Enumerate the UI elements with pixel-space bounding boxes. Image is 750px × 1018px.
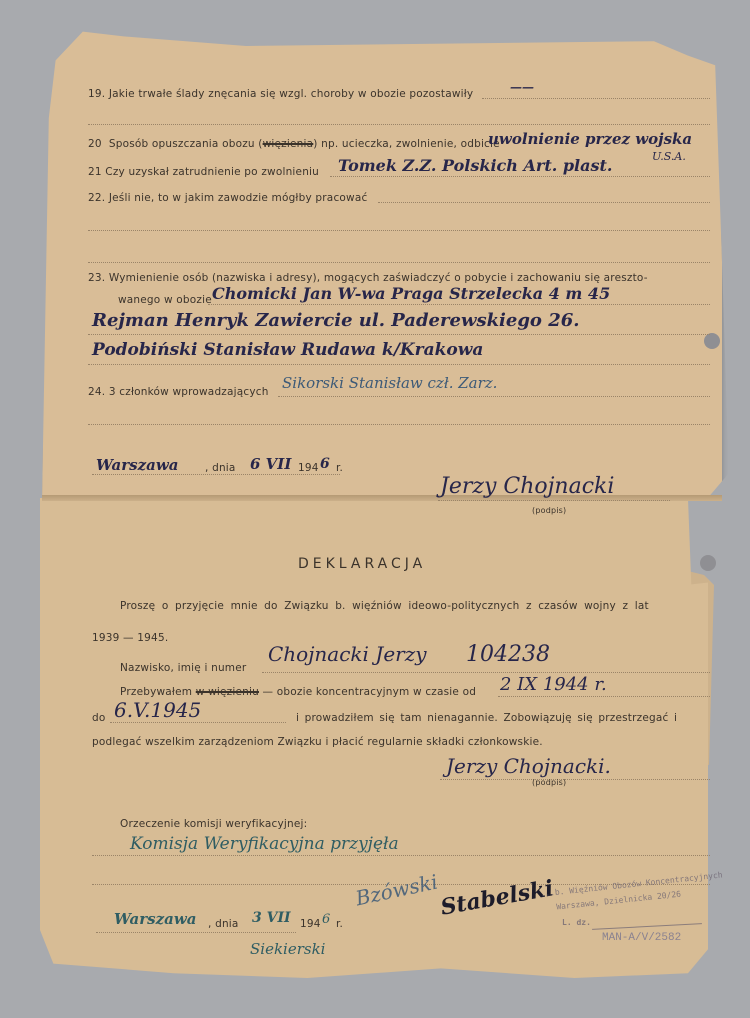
commission-decision: Komisja Weryfikacyjna przyjęła: [130, 834, 399, 854]
prisoner-number: 104238: [466, 642, 550, 667]
name-line: [262, 672, 710, 673]
stay-to-line: [110, 722, 286, 723]
commission-signature-3: Siekierski: [250, 940, 325, 958]
answer-line: [330, 176, 710, 177]
r-label: r.: [336, 462, 343, 474]
date-handwritten: 6 VII: [250, 455, 291, 473]
signature-line: [438, 500, 670, 501]
witness-3: Podobiński Stanisław Rudawa k/Krakowa: [92, 340, 483, 360]
date-line: [92, 474, 340, 475]
name-handwritten: Chojnacki Jerzy: [268, 642, 427, 666]
year-suffix: 6: [320, 456, 330, 472]
bottom-r-label: r.: [336, 918, 343, 930]
question-20-answer-continued: U.S.A.: [652, 150, 686, 163]
punch-hole: [700, 555, 716, 571]
declaration-paragraph-line1: Proszę o przyjęcie mnie do Związku b. wi…: [120, 600, 649, 612]
struck-word: w więzieniu: [196, 686, 259, 698]
bottom-date: 3 VII: [252, 910, 291, 926]
commission-line: [92, 855, 710, 856]
struck-word: więzienia: [263, 138, 314, 150]
bottom-year-prefix: 194: [300, 918, 321, 930]
conduct-text: i prowadziłem się tam nienagannie. Zobow…: [296, 712, 677, 724]
signature-caption: (podpis): [532, 778, 566, 787]
answer-line: [88, 424, 710, 425]
answer-line: [482, 98, 710, 99]
commission-label: Orzeczenie komisji weryfikacyjnej:: [120, 818, 307, 830]
answer-line: [88, 230, 710, 231]
answer-line: [278, 396, 710, 397]
question-24-label: 24. 3 członków wprowadzających: [88, 386, 269, 398]
conduct-text-2: podlegać wszelkim zarządzeniom Związku i…: [92, 736, 543, 748]
question-21-answer: Tomek Z.Z. Polskich Art. plast.: [338, 156, 612, 175]
question-19-answer: ——: [510, 80, 534, 94]
declaration-title: DEKLARACJA: [298, 556, 426, 572]
stay-from-date: 2 IX 1944 r.: [500, 674, 607, 695]
signature-caption: (podpis): [532, 506, 566, 515]
answer-line: [208, 304, 710, 305]
bottom-year-suffix: 6: [322, 912, 330, 927]
signature-top: Jerzy Chojnacki: [440, 474, 614, 499]
question-23-label: 23. Wymienienie osób (nazwiska i adresy)…: [88, 272, 648, 284]
bottom-dnia-label: , dnia: [208, 918, 239, 930]
witness-2: Rejman Henryk Zawiercie ul. Paderewskieg…: [92, 310, 580, 331]
signature-line: [440, 779, 710, 780]
signature-declaration: Jerzy Chojnacki.: [446, 754, 611, 778]
witness-1: Chomicki Jan W-wa Praga Strzelecka 4 m 4…: [212, 284, 610, 303]
question-23-label-cont: wanego w obozie: [118, 294, 212, 306]
to-label: do: [92, 712, 106, 724]
year-prefix: 194: [298, 462, 319, 474]
question-20-label: 20 Sposób opuszczania obozu (więzienia) …: [88, 138, 500, 150]
question-22-label: 22. Jeśli nie, to w jakim zawodzie mógłb…: [88, 192, 367, 204]
dnia-label: , dnia: [205, 462, 236, 474]
answer-line: [88, 334, 710, 335]
stay-label: Przebywałem w więzieniu — obozie koncent…: [120, 686, 476, 698]
place-handwritten: Warszawa: [96, 456, 178, 474]
question-21-label: 21 Czy uzyskał zatrudnienie po zwolnieni…: [88, 166, 319, 178]
archive-number: MAN-A/V/2582: [602, 932, 681, 944]
name-label: Nazwisko, imię i numer: [120, 662, 246, 674]
answer-line: [378, 202, 710, 203]
declaration-paragraph-line2: 1939 — 1945.: [92, 632, 168, 644]
question-19-label: 19. Jakie trwałe ślady znęcania się wzgl…: [88, 88, 473, 100]
answer-line: [88, 124, 710, 125]
question-20-answer: uwolnienie przez wojska: [488, 130, 692, 148]
bottom-date-line: [96, 932, 296, 933]
punch-hole: [704, 333, 720, 349]
bottom-place: Warszawa: [114, 910, 196, 928]
question-24-answer: Sikorski Stanisław czł. Zarz.: [282, 374, 497, 392]
answer-line: [88, 262, 710, 263]
stay-to-date: 6.V.1945: [114, 698, 201, 722]
answer-line: [88, 364, 710, 365]
stay-from-line: [498, 696, 710, 697]
